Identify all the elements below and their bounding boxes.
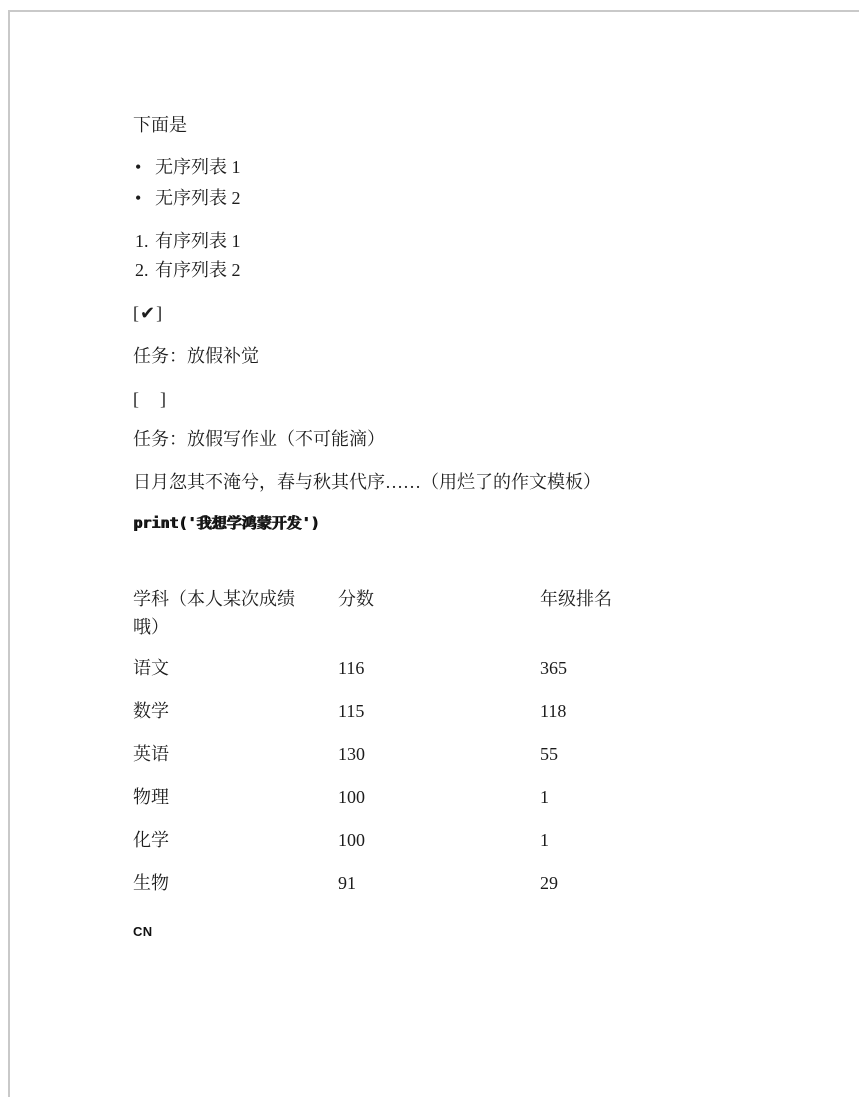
cell-rank: 29	[540, 873, 803, 916]
cell-score: 116	[338, 658, 540, 701]
table-row: 物理 100 1	[133, 787, 803, 830]
list-item: 2.有序列表 2	[133, 260, 803, 280]
scores-table: 学科（本人某次成绩哦） 分数 年级排名 语文 116 365 数学 115 11…	[133, 585, 803, 916]
cell-score: 100	[338, 787, 540, 830]
list-item-label: 无序列表 2	[155, 188, 241, 208]
column-header-score: 分数	[338, 585, 540, 641]
task-label: 任务：放假补觉	[133, 346, 803, 366]
table-row: 生物 91 29	[133, 873, 803, 916]
page-border-top	[8, 10, 859, 12]
cell-score: 100	[338, 830, 540, 873]
quote-text: 日月忽其不淹兮，春与秋其代序……（用烂了的作文模板）	[133, 472, 803, 492]
cell-rank: 55	[540, 744, 803, 787]
cell-score: 91	[338, 873, 540, 916]
bullet-icon: •	[133, 157, 155, 177]
code-snippet: print('我想学鸿蒙开发')	[133, 512, 803, 534]
cell-rank: 365	[540, 658, 803, 701]
cell-subject: 生物	[133, 873, 338, 916]
list-item: •无序列表 2	[133, 188, 803, 208]
document-page: 下面是 •无序列表 1 •无序列表 2 1.有序列表 1 2.有序列表 2 [✔…	[0, 0, 859, 1097]
table-row: 化学 100 1	[133, 830, 803, 873]
cell-rank: 1	[540, 830, 803, 873]
list-number: 1.	[133, 231, 155, 251]
checkbox-checked-icon: [✔]	[133, 303, 803, 323]
ordered-list: 1.有序列表 1 2.有序列表 2	[133, 231, 803, 280]
table-row: 数学 115 118	[133, 701, 803, 744]
list-item-label: 无序列表 1	[155, 157, 241, 177]
cell-subject: 数学	[133, 701, 338, 744]
list-item: •无序列表 1	[133, 157, 803, 177]
list-number: 2.	[133, 260, 155, 280]
table-row: 语文 116 365	[133, 658, 803, 701]
cell-rank: 1	[540, 787, 803, 830]
cell-subject: 物理	[133, 787, 338, 830]
table-header-row: 学科（本人某次成绩哦） 分数 年级排名	[133, 585, 803, 641]
column-header-subject: 学科（本人某次成绩哦）	[133, 585, 338, 641]
language-badge: CN	[133, 922, 803, 942]
cell-score: 115	[338, 701, 540, 744]
bullet-icon: •	[133, 188, 155, 208]
cell-subject: 英语	[133, 744, 338, 787]
list-item-label: 有序列表 2	[155, 260, 241, 280]
list-item: 1.有序列表 1	[133, 231, 803, 251]
column-header-rank: 年级排名	[540, 585, 803, 641]
cell-score: 130	[338, 744, 540, 787]
cell-subject: 化学	[133, 830, 338, 873]
table-row: 英语 130 55	[133, 744, 803, 787]
page-border-left	[8, 10, 10, 1097]
list-item-label: 有序列表 1	[155, 231, 241, 251]
intro-text: 下面是	[133, 115, 803, 135]
cell-rank: 118	[540, 701, 803, 744]
document-content: 下面是 •无序列表 1 •无序列表 2 1.有序列表 1 2.有序列表 2 [✔…	[133, 115, 803, 942]
unordered-list: •无序列表 1 •无序列表 2	[133, 157, 803, 208]
checkbox-unchecked-icon: [ ]	[133, 389, 803, 409]
cell-subject: 语文	[133, 658, 338, 701]
task-label: 任务：放假写作业（不可能滴）	[133, 429, 803, 449]
